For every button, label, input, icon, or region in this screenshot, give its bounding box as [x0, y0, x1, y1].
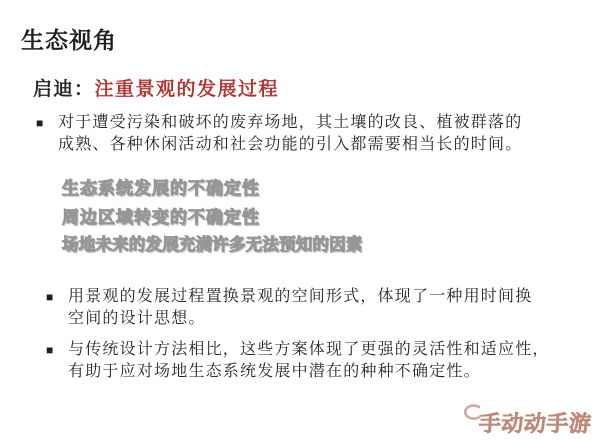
- bullet-text: 用景观的发展过程置换景观的空间形式，体现了一种用时间换 空间的设计思想。: [68, 286, 532, 329]
- slide: 生态视角 启迪：注重景观的发展过程 ■ 对于遭受污染和破坏的废弃场地，其土壤的改…: [0, 0, 594, 444]
- square-bullet-icon: ■: [46, 339, 68, 361]
- bullet-text-line: 对于遭受污染和破坏的废弃场地，其土壤的改良、植被群落的: [58, 112, 522, 134]
- bullet-item-3: ■ 与传统设计方法相比，这些方案体现了更强的灵活性和适应性， 有助于应对场地生态…: [46, 339, 550, 382]
- subtitle-highlight: 注重景观的发展过程: [95, 79, 280, 100]
- subtitle: 启迪：注重景观的发展过程: [33, 74, 279, 101]
- bullet-text-line: 空间的设计思想。: [68, 308, 532, 330]
- wordart-line-uncertainty-surroundings: 周边区域转变的不确定性: [62, 203, 260, 228]
- bullet-text: 对于遭受污染和破坏的废弃场地，其土壤的改良、植被群落的 成熟、各种休闲活动和社会…: [58, 112, 522, 155]
- watermark-text: 手动动手游: [479, 407, 593, 438]
- bullet-text-line: 用景观的发展过程置换景观的空间形式，体现了一种用时间换: [68, 286, 532, 308]
- bullet-item-2: ■ 用景观的发展过程置换景观的空间形式，体现了一种用时间换 空间的设计思想。: [46, 286, 532, 329]
- wordart-line-uncertainty-future: 场地未来的发展充满许多无法预知的因素: [62, 231, 363, 255]
- bullet-text: 与传统设计方法相比，这些方案体现了更强的灵活性和适应性， 有助于应对场地生态系统…: [68, 339, 550, 382]
- square-bullet-icon: ■: [36, 112, 58, 134]
- square-bullet-icon: ■: [46, 286, 68, 308]
- wordart-line-uncertainty-ecosystem: 生态系统发展的不确定性: [62, 174, 260, 199]
- bullet-item-1: ■ 对于遭受污染和破坏的废弃场地，其土壤的改良、植被群落的 成熟、各种休闲活动和…: [36, 112, 522, 155]
- subtitle-prefix: 启迪：: [33, 79, 95, 100]
- page-title: 生态视角: [21, 22, 117, 55]
- bullet-text-line: 有助于应对场地生态系统发展中潜在的种种不确定性。: [68, 361, 550, 383]
- bullet-text-line: 与传统设计方法相比，这些方案体现了更强的灵活性和适应性，: [68, 339, 550, 361]
- bullet-text-line: 成熟、各种休闲活动和社会功能的引入都需要相当长的时间。: [58, 134, 522, 156]
- watermark: 手动动手游: [459, 404, 592, 438]
